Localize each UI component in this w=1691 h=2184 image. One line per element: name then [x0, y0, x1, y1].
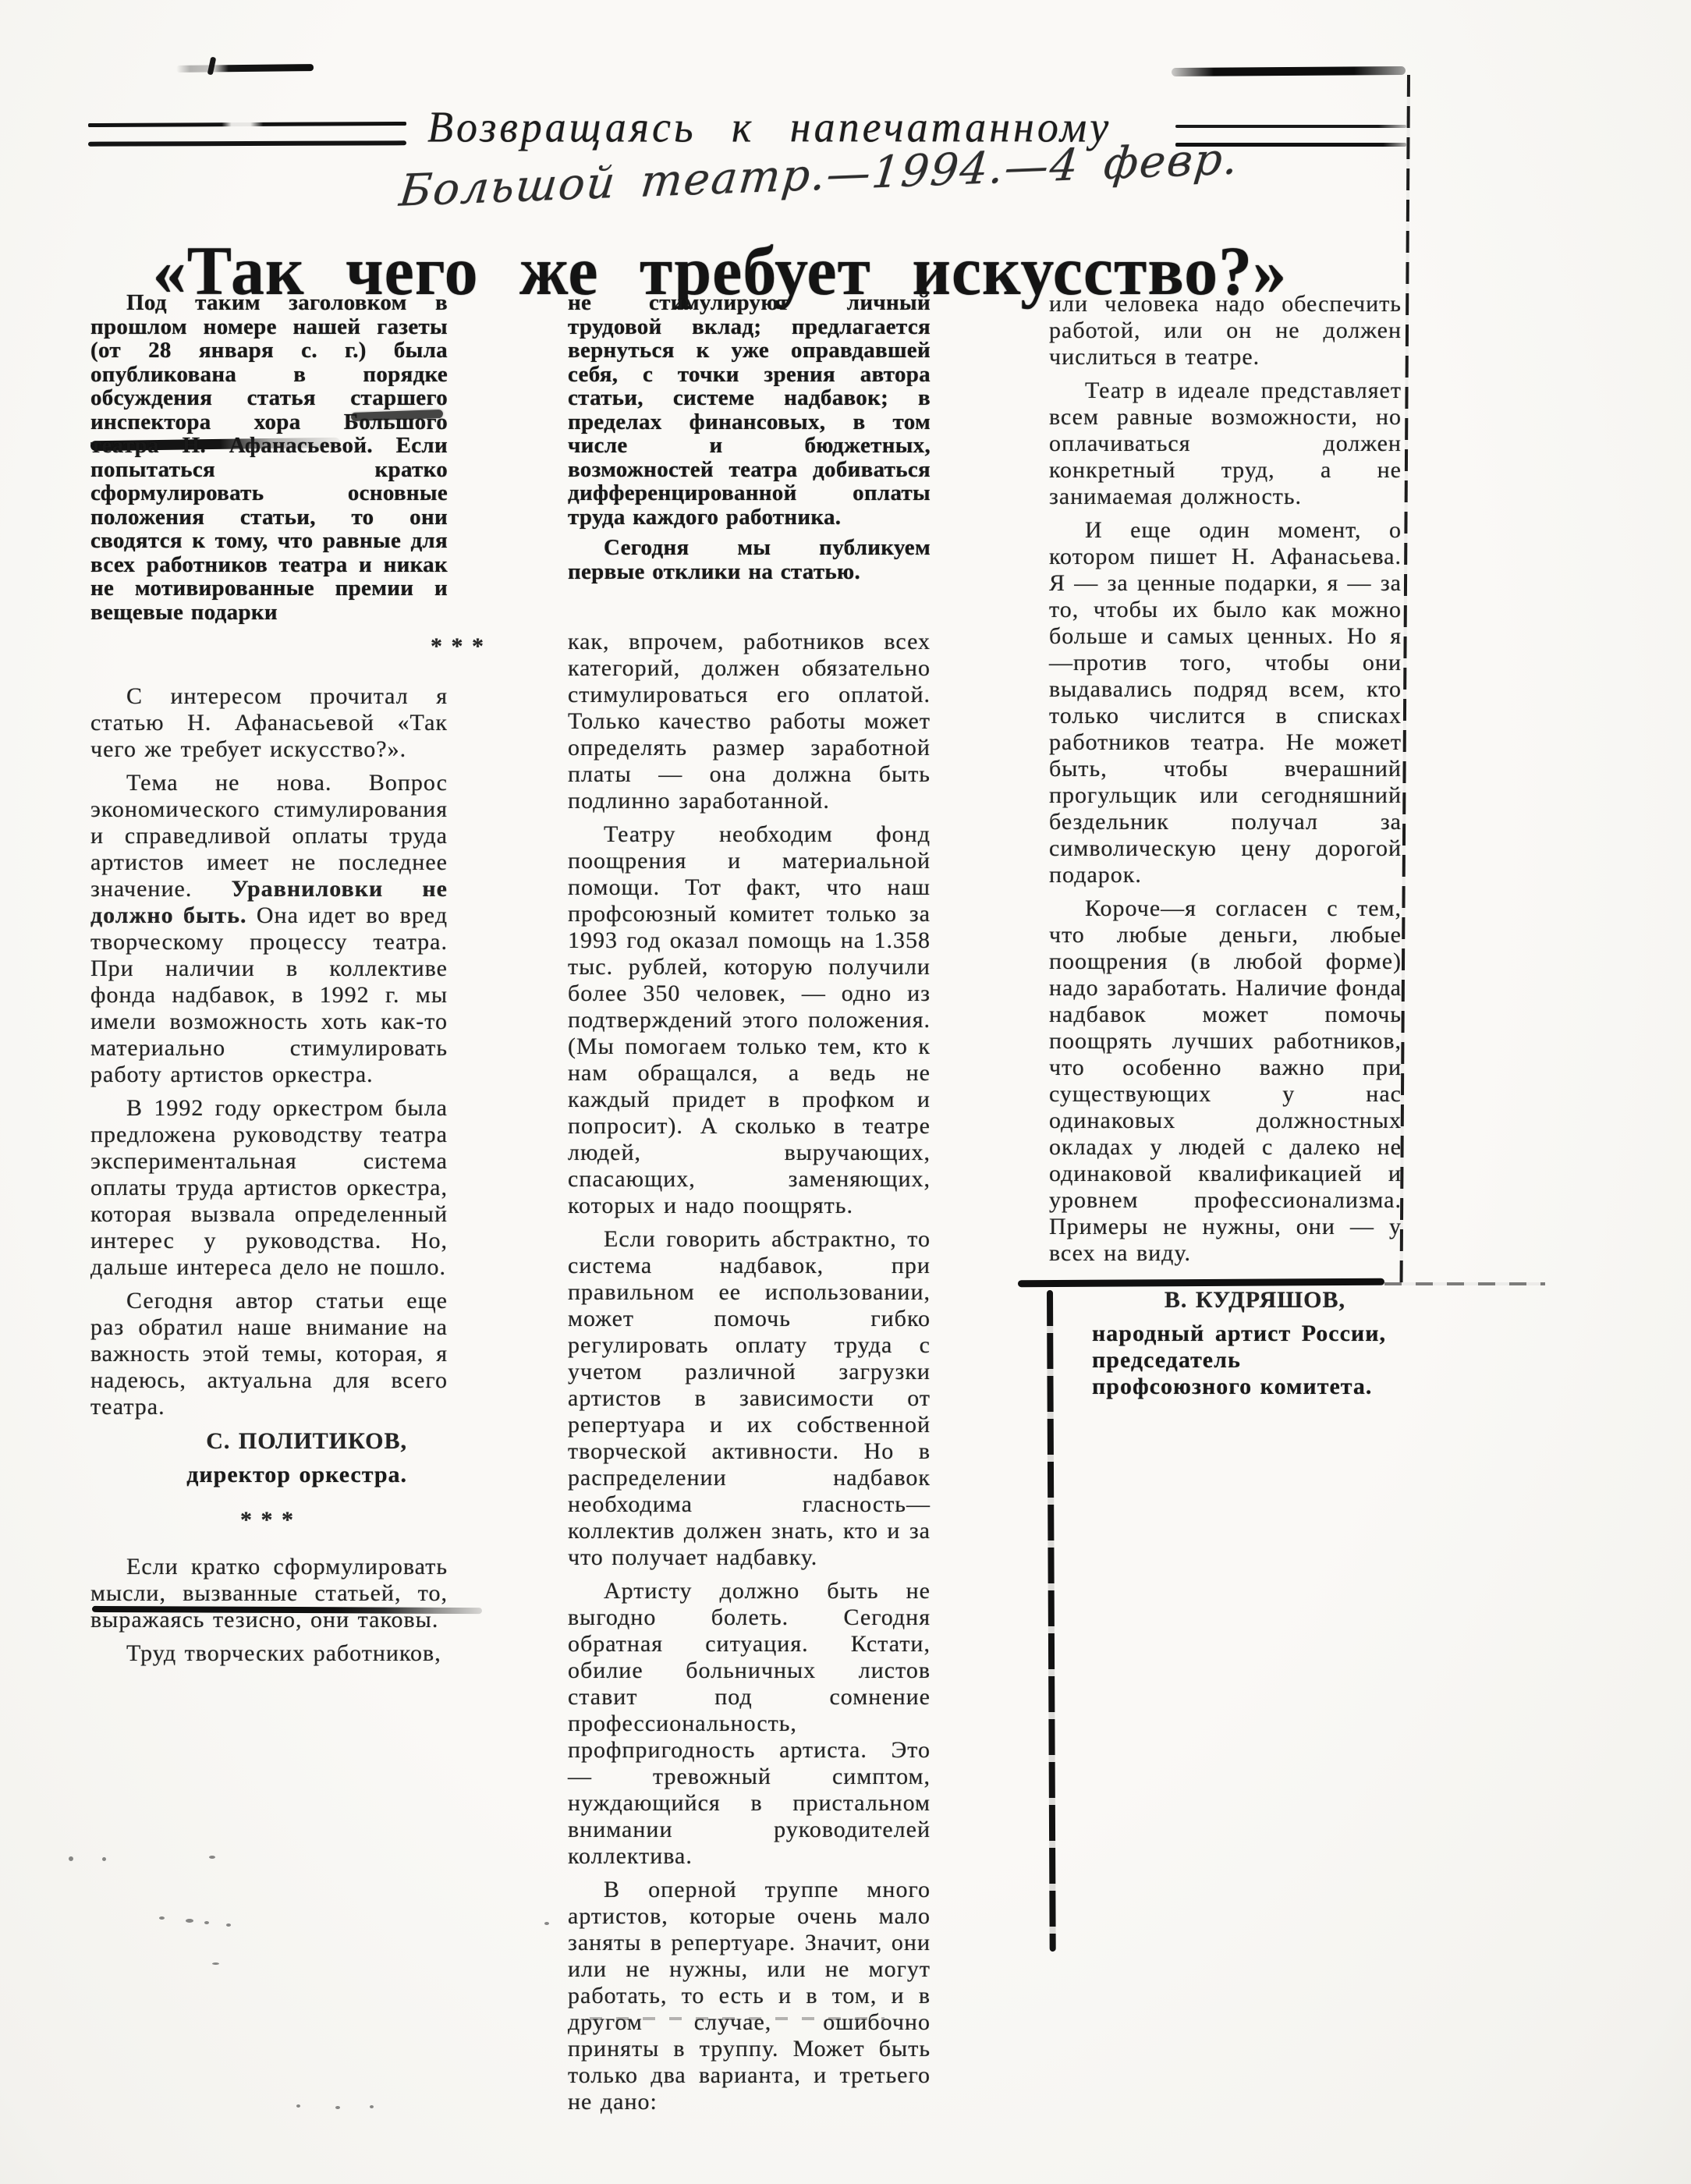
torn-edge-rule	[176, 64, 314, 73]
signature-name: В. КУДРЯШОВ,	[1049, 1287, 1402, 1314]
signature-role: директор оркестра.	[90, 1462, 448, 1488]
scan-speck	[296, 2104, 300, 2108]
paragraph: Театру необходим фонд поощрения и матери…	[568, 821, 931, 1219]
paragraph: как, впрочем, работников всех категорий,…	[568, 629, 931, 814]
scan-speck	[186, 1919, 193, 1923]
clipping-edge-rule-right	[1172, 66, 1406, 76]
scan-speck	[69, 1856, 73, 1861]
article-column-1: Под таким заголовком в прошлом номере на…	[90, 291, 448, 1674]
signature-name: С. ПОЛИТИКОВ,	[90, 1428, 448, 1455]
paragraph: Если кратко сформулировать мысли, вызван…	[90, 1554, 448, 1633]
paragraph: И еще один момент, о котором пишет Н. Аф…	[1049, 517, 1402, 888]
paragraph: Короче—я согласен с тем, что любые деньг…	[1049, 895, 1402, 1267]
kicker-rule-left-bottom	[88, 140, 406, 146]
signature-role: народный артист России, председатель про…	[1049, 1321, 1402, 1400]
lead-paragraph: Сегодня мы публикуем первые отклики на с…	[568, 536, 931, 583]
clipping-bottom-rule-faint	[1384, 1282, 1545, 1285]
scan-speck	[159, 1916, 165, 1920]
paragraph: Труд творческих работников,	[90, 1640, 448, 1667]
lead-paragraph: не стимулируют личный трудовой вклад; пр…	[568, 291, 931, 529]
paragraph: В 1992 году оркестром была предложена ру…	[90, 1095, 448, 1281]
newspaper-clipping-scan: Возвращаясь к напечатанному Большой теат…	[0, 0, 1691, 2184]
scan-speck	[335, 2106, 340, 2109]
paragraph: В оперной труппе много артистов, которые…	[568, 1877, 931, 2115]
scan-speck	[209, 1856, 215, 1859]
scan-speck	[370, 2105, 374, 2108]
article-column-3: или человека надо обеспечить работой, ил…	[1049, 291, 1402, 1407]
paragraph: Сегодня автор статьи еще раз обратил наш…	[90, 1288, 448, 1420]
kicker-rule-left-top	[88, 122, 406, 127]
paragraph: Театр в идеале представляет всем равные …	[1049, 378, 1402, 510]
paragraph: или человека надо обеспечить работой, ил…	[1049, 291, 1402, 370]
paragraph: С интересом прочитал я статью Н. Афанась…	[90, 683, 448, 763]
scan-speck	[102, 1857, 106, 1861]
paragraph: Если говорить абстрактно, то система над…	[568, 1226, 931, 1571]
paragraph: Артисту должно быть не выгодно болеть. С…	[568, 1578, 931, 1870]
section-separator: * * *	[431, 633, 448, 660]
scan-speck	[226, 1923, 231, 1927]
scan-speck	[544, 1922, 549, 1925]
section-separator: * * *	[240, 1507, 448, 1533]
kicker-rule-right-top	[1175, 125, 1406, 128]
scan-speck	[212, 1962, 219, 1965]
scan-speck	[204, 1921, 209, 1924]
article-column-2: не стимулируют личный трудовой вклад; пр…	[568, 291, 931, 2122]
lead-paragraph: Под таким заголовком в прошлом номере на…	[90, 291, 448, 624]
paragraph: Тема не нова. Вопрос экономического стим…	[90, 770, 448, 1088]
